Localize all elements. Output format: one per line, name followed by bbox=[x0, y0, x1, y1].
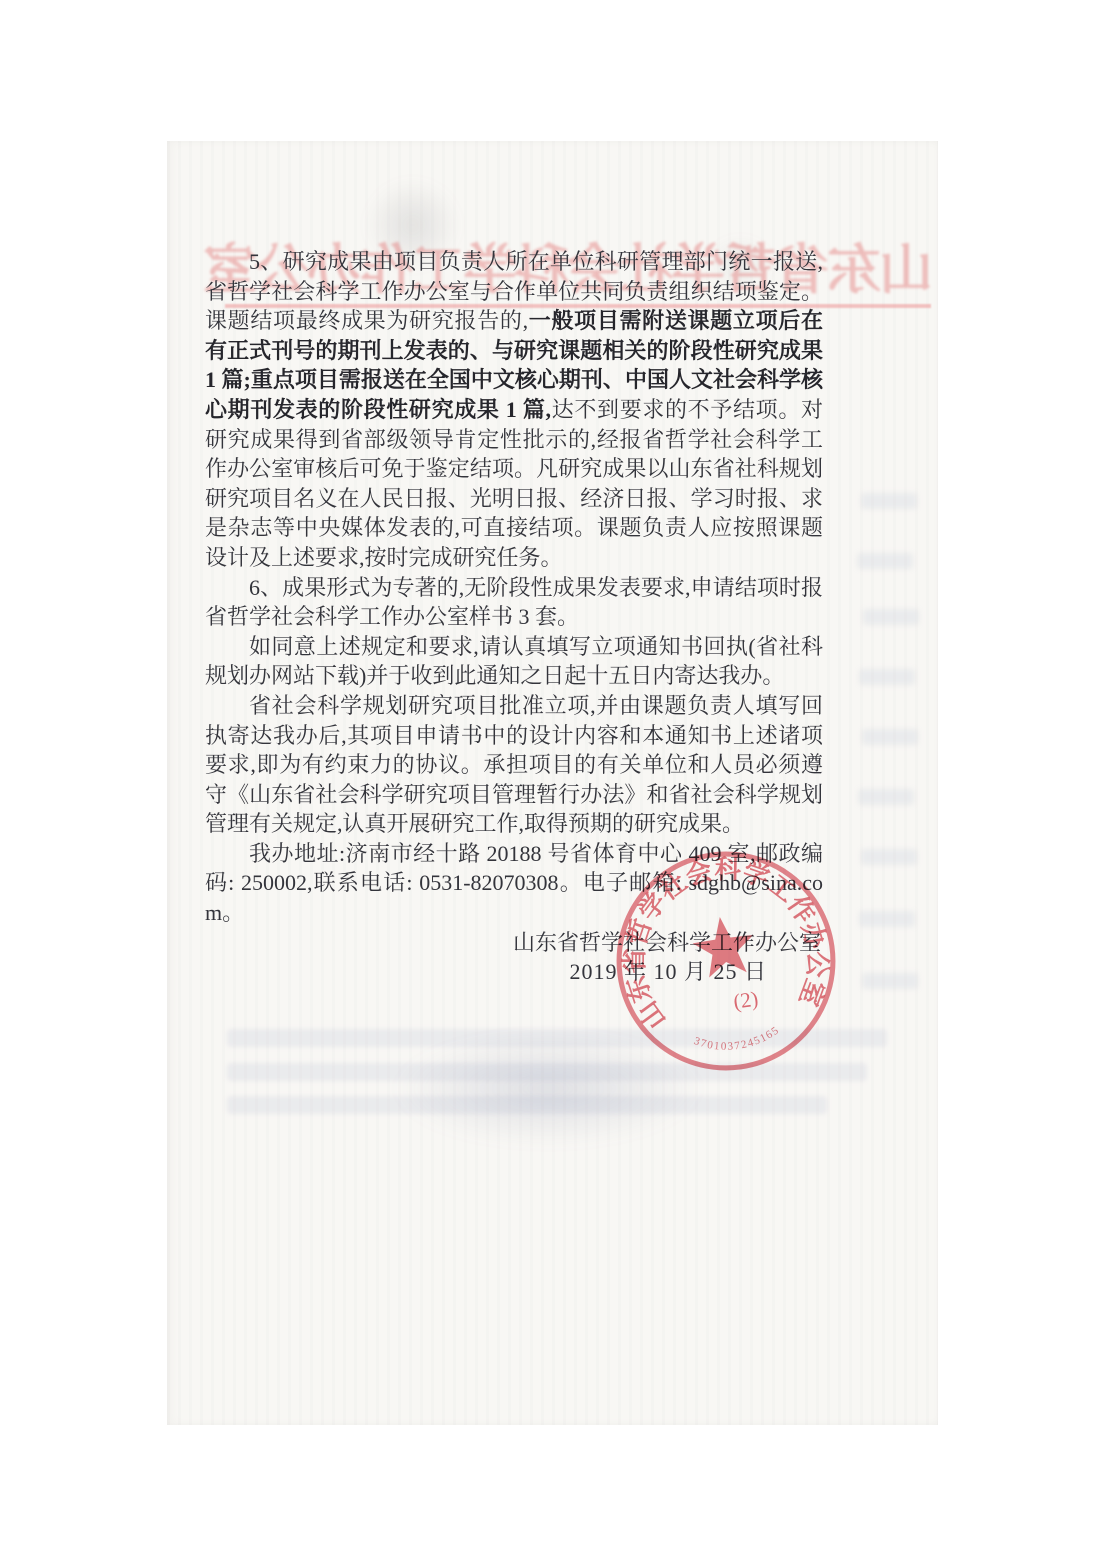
scanned-page: 山东省哲学社会科学工作办公室 5、研究成果由项目负责人所在单位科研管理部门统一报… bbox=[167, 141, 938, 1425]
bleedthrough-mark bbox=[858, 789, 914, 805]
bleedthrough-mark bbox=[859, 669, 915, 685]
paragraph: 省社会科学规划研究项目批准立项,并由课题负责人填写回执寄达我办后,其项目申请书中… bbox=[205, 691, 823, 839]
seal-serial-number: 3701037245165 bbox=[691, 1023, 784, 1058]
paragraph: 5、研究成果由项目负责人所在单位科研管理部门统一报送,省哲学社会科学工作办公室与… bbox=[205, 247, 823, 573]
paragraph-segment: 省社会科学规划研究项目批准立项,并由课题负责人填写回执寄达我办后,其项目申请书中… bbox=[205, 693, 823, 836]
bleedthrough-mark bbox=[859, 911, 915, 927]
bleedthrough-mark bbox=[862, 973, 918, 989]
paragraph-segment: 如同意上述规定和要求,请认真填写立项通知书回执(省社科规划办网站下载)并于收到此… bbox=[205, 634, 823, 689]
bleedthrough-mark bbox=[863, 609, 919, 625]
bleedthrough-mark bbox=[862, 729, 918, 745]
seal-serial-holder: 3701037245165 bbox=[691, 1023, 784, 1058]
paragraph-segment: 6、成果形式为专著的,无阶段性成果发表要求,申请结项时报省哲学社会科学工作办公室… bbox=[205, 575, 823, 630]
bleedthrough-mark bbox=[861, 849, 917, 865]
bleedthrough-mark bbox=[857, 553, 913, 569]
official-seal: 山东省哲学社会科学工作办公室 (2) 3701037245165 bbox=[595, 830, 857, 1092]
paragraph-segment: 达不到要求的不予结项。对研究成果得到省部级领导肯定性批示的,经报省哲学社会科学工… bbox=[205, 397, 823, 570]
seal-sub-label: (2) bbox=[732, 986, 760, 1013]
paragraph: 如同意上述规定和要求,请认真填写立项通知书回执(省社科规划办网站下载)并于收到此… bbox=[205, 632, 823, 691]
paragraph: 6、成果形式为专著的,无阶段性成果发表要求,申请结项时报省哲学社会科学工作办公室… bbox=[205, 573, 823, 632]
bleedthrough-row bbox=[227, 1096, 827, 1114]
seal-star-icon bbox=[689, 913, 758, 979]
scanned-document: { "document": { "bleed_header": "山东省哲学社会… bbox=[0, 0, 1106, 1565]
paragraphs: 5、研究成果由项目负责人所在单位科研管理部门统一报送,省哲学社会科学工作办公室与… bbox=[205, 247, 823, 928]
bleedthrough-mark bbox=[861, 493, 917, 509]
